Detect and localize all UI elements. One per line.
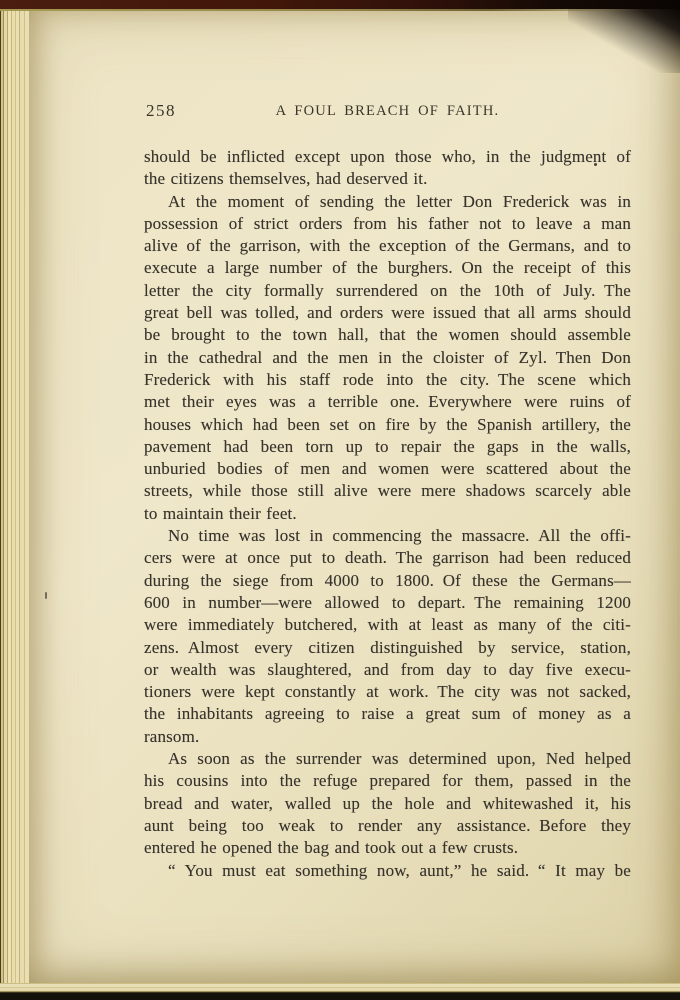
text-line: letter the city formally surrendered on … [144, 280, 631, 302]
text-line: or wealth was slaughtered, and from day … [144, 659, 631, 681]
text-line: in the cathedral and the men in the cloi… [144, 347, 631, 369]
text-line: As soon as the surrender was determined … [144, 748, 631, 770]
text-line: tioners were kept constantly at work. Th… [144, 681, 631, 703]
text-line: great bell was tolled, and orders were i… [144, 302, 631, 324]
text-line: the inhabitants agreeing to raise a grea… [144, 703, 631, 725]
text-line: “ You must eat something now, aunt,” he … [144, 860, 631, 882]
text-line: houses which had been set on fire by the… [144, 414, 631, 436]
paragraph: should be inflicted except upon those wh… [144, 146, 631, 191]
text-line: ransom. [144, 726, 631, 748]
text-line: the citizens themselves, had deserved it… [144, 168, 631, 190]
text-line: At the moment of sending the letter Don … [144, 191, 631, 213]
page-content: 258 A FOUL BREACH OF FAITH. should be in… [144, 100, 631, 882]
text-line: bread and water, walled up the hole and … [144, 793, 631, 815]
page-number: 258 [146, 100, 176, 122]
text-line: alive of the garrison, with the exceptio… [144, 235, 631, 257]
text-line: met their eyes was a terrible one. Every… [144, 391, 631, 413]
paragraph: No time was lost in commencing the massa… [144, 525, 631, 748]
text-line: streets, while those still alive were me… [144, 480, 631, 502]
book-cover-top-edge [0, 0, 680, 9]
photo-corner-shadow [568, 9, 680, 73]
running-head: A FOUL BREACH OF FAITH. [276, 103, 500, 119]
text-line: unburied bodies of men and women were sc… [144, 458, 631, 480]
text-line: zens. Almost every citizen distinguished… [144, 637, 631, 659]
paragraph: “ You must eat something now, aunt,” he … [144, 860, 631, 882]
book-page-edges-bottom [0, 983, 680, 1000]
paragraph: At the moment of sending the letter Don … [144, 191, 631, 525]
page-header: 258 A FOUL BREACH OF FAITH. [144, 100, 631, 122]
book-cover-top-trim [0, 9, 680, 11]
dust-speck [45, 592, 47, 599]
dust-speck [594, 163, 597, 166]
text-line: should be inflicted except upon those wh… [144, 146, 631, 168]
book-photo: 258 A FOUL BREACH OF FAITH. should be in… [0, 0, 680, 1000]
text-line: be brought to the town hall, that the wo… [144, 324, 631, 346]
paragraph: As soon as the surrender was determined … [144, 748, 631, 859]
text-line: cers were at once put to death. The garr… [144, 547, 631, 569]
text-line: to maintain their feet. [144, 503, 631, 525]
text-line: 600 in number—were allowed to depart. Th… [144, 592, 631, 614]
text-line: entered he opened the bag and took out a… [144, 837, 631, 859]
text-line: No time was lost in commencing the massa… [144, 525, 631, 547]
text-line: Frederick with his staff rode into the c… [144, 369, 631, 391]
text-line: pavement had been torn up to repair the … [144, 436, 631, 458]
text-line: execute a large number of the burghers. … [144, 257, 631, 279]
text-line: possession of strict orders from his fat… [144, 213, 631, 235]
text-line: were immediately butchered, with at leas… [144, 614, 631, 636]
book-page: 258 A FOUL BREACH OF FAITH. should be in… [29, 9, 680, 986]
text-body: should be inflicted except upon those wh… [144, 146, 631, 882]
text-line: aunt being too weak to render any assist… [144, 815, 631, 837]
text-line: during the siege from 4000 to 1800. Of t… [144, 570, 631, 592]
book-page-edges-left [0, 9, 29, 986]
text-line: his cousins into the refuge prepared for… [144, 770, 631, 792]
